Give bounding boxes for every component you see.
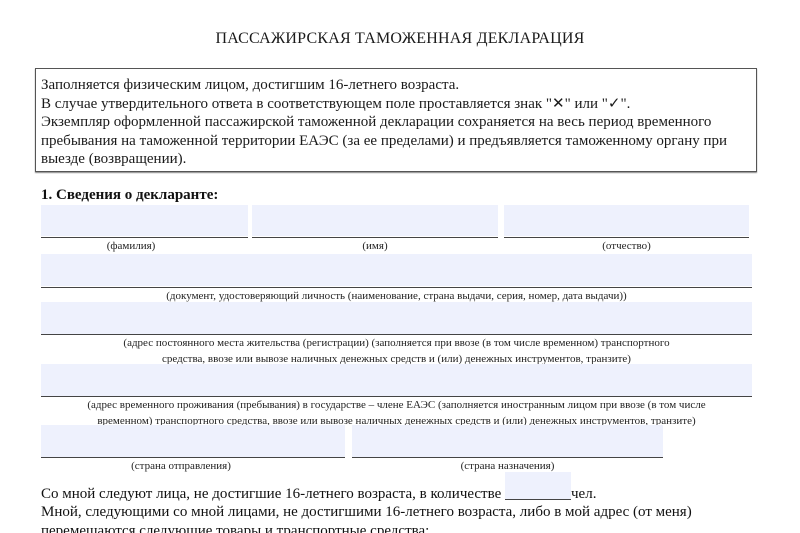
patronymic-field[interactable] — [504, 205, 749, 236]
surname-caption: (фамилия) — [41, 238, 221, 254]
departure-country-caption: (страна отправления) — [41, 458, 321, 474]
temporary-address-field[interactable] — [41, 364, 752, 396]
name-caption: (имя) — [252, 238, 498, 254]
caption-line: (адрес временного проживания (пребывания… — [41, 397, 752, 413]
instruction-line: выезде (возвращении). — [41, 150, 751, 169]
minors-line: Со мной следуют лица, не достигшие 16-ле… — [41, 485, 596, 504]
minors-text: Со мной следуют лица, не достигшие 16-ле… — [41, 486, 501, 502]
goods-intro-line: Мной, следующими со мной лицами, не дост… — [41, 503, 692, 522]
instruction-line: пребывания на таможенной территории ЕАЭС… — [41, 132, 751, 151]
section-heading: 1. Сведения о декларанте: — [41, 187, 218, 204]
goods-intro-line: перемещаются следующие товары и транспор… — [41, 522, 692, 533]
instruction-line: Заполняется физическим лицом, достигшим … — [41, 76, 751, 95]
instructions-box: Заполняется физическим лицом, достигшим … — [35, 68, 757, 172]
permanent-address-caption: (адрес постоянного места жительства (рег… — [41, 335, 752, 367]
id-document-field[interactable] — [41, 254, 752, 286]
page-title: ПАССАЖИРСКАЯ ТАМОЖЕННАЯ ДЕКЛАРАЦИЯ — [0, 30, 800, 48]
surname-field[interactable] — [41, 205, 248, 236]
departure-country-field[interactable] — [41, 425, 345, 457]
goods-intro: Мной, следующими со мной лицами, не дост… — [41, 503, 692, 533]
minors-unit: чел. — [571, 486, 596, 502]
instruction-line: Экземпляр оформленной пассажирской тамож… — [41, 113, 751, 132]
destination-country-field[interactable] — [352, 425, 663, 457]
patronymic-caption: (отчество) — [504, 238, 749, 254]
name-field[interactable] — [252, 205, 498, 236]
permanent-address-field[interactable] — [41, 302, 752, 334]
instruction-line: В случае утвердительного ответа в соотве… — [41, 95, 751, 114]
minors-count-field[interactable] — [505, 472, 571, 500]
caption-line: (адрес постоянного места жительства (рег… — [41, 335, 752, 351]
